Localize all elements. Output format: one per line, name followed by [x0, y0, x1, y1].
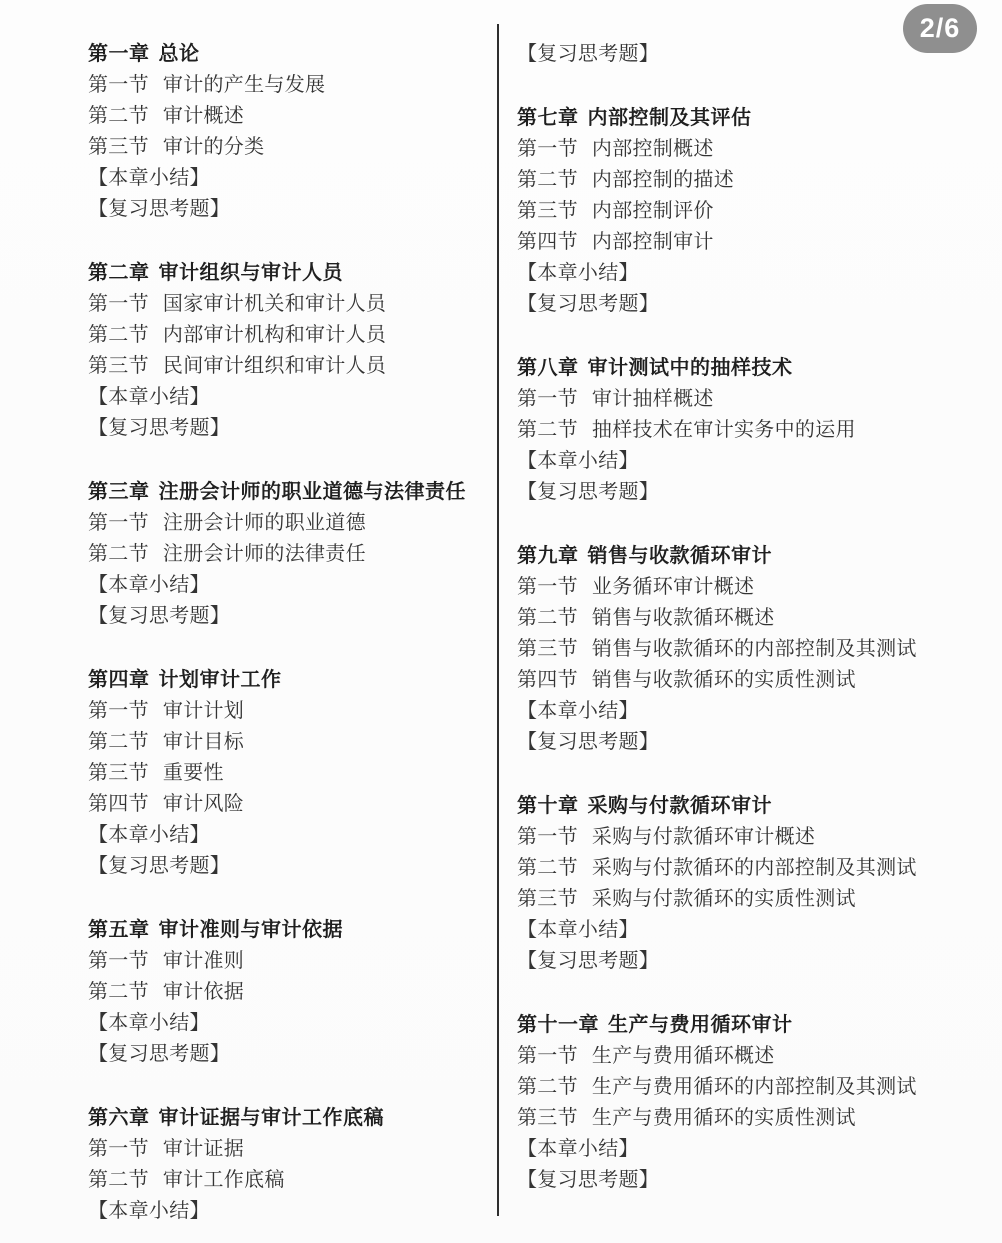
chapter-name: 采购与付款循环审计 [588, 789, 773, 818]
chapter-heading: 第七章 内部控制及其评估 [517, 100, 995, 131]
note-line: 【本章小结】 [517, 693, 995, 724]
chapter-name: 注册会计师的职业道德与法律责任 [159, 475, 467, 504]
section-label: 第四节 [517, 225, 578, 254]
chapter-heading: 第十章 采购与付款循环审计 [517, 788, 995, 819]
note-line: 【本章小结】 [88, 379, 490, 410]
chapter-name: 计划审计工作 [159, 663, 282, 692]
section-row: 第三节 采购与付款循环的实质性测试 [517, 881, 995, 912]
section-label: 第二节 [88, 537, 149, 566]
chapter-heading: 第六章 审计证据与审计工作底稿 [88, 1100, 490, 1131]
column-divider [497, 24, 499, 1216]
chapter-heading: 第八章 审计测试中的抽样技术 [517, 350, 995, 381]
section-label: 第三节 [517, 194, 578, 223]
section-row: 第一节 生产与费用循环概述 [517, 1038, 995, 1069]
note-line: 【复习思考题】 [517, 724, 995, 755]
chapter-number: 第五章 [88, 913, 150, 942]
section-row: 第一节 审计计划 [88, 693, 490, 724]
section-title: 采购与付款循环的实质性测试 [592, 882, 856, 911]
section-title: 内部控制的描述 [592, 163, 734, 192]
left-column: 第一章 总论 第一节 审计的产生与发展 第二节 审计概述 第三节 审计的分类 【… [88, 36, 490, 1224]
note-line: 【复习思考题】 [88, 191, 490, 222]
section-row: 第二节 注册会计师的法律责任 [88, 536, 490, 567]
section-title: 审计抽样概述 [592, 382, 714, 411]
section-title: 审计证据 [163, 1132, 244, 1161]
chapter-number: 第七章 [517, 101, 579, 130]
chapter-heading: 第五章 审计准则与审计依据 [88, 912, 490, 943]
section-label: 第四节 [88, 787, 149, 816]
section-label: 第二节 [517, 601, 578, 630]
section-title: 注册会计师的法律责任 [163, 537, 366, 566]
section-row: 第二节 审计目标 [88, 724, 490, 755]
note-line: 【本章小结】 [88, 1005, 490, 1036]
chapter-11: 第十一章 生产与费用循环审计 第一节 生产与费用循环概述 第二节 生产与费用循环… [517, 1007, 995, 1193]
section-title: 内部审计机构和审计人员 [163, 318, 386, 347]
section-label: 第二节 [88, 318, 149, 347]
note-line: 【本章小结】 [88, 1193, 490, 1224]
section-row: 第二节 生产与费用循环的内部控制及其测试 [517, 1069, 995, 1100]
section-row: 第一节 审计抽样概述 [517, 381, 995, 412]
section-row: 第四节 审计风险 [88, 786, 490, 817]
note-line: 【复习思考题】 [517, 286, 995, 317]
section-label: 第二节 [517, 851, 578, 880]
section-title: 审计风险 [163, 787, 244, 816]
chapter-number: 第四章 [88, 663, 150, 692]
section-label: 第一节 [517, 132, 578, 161]
chapter-name: 审计证据与审计工作底稿 [159, 1101, 385, 1130]
chapter-heading: 第四章 计划审计工作 [88, 662, 490, 693]
section-title: 审计概述 [163, 99, 244, 128]
section-label: 第一节 [88, 287, 149, 316]
chapter-number: 第十章 [517, 789, 579, 818]
section-label: 第二节 [517, 413, 578, 442]
section-label: 第三节 [88, 130, 149, 159]
section-title: 审计目标 [163, 725, 244, 754]
chapter-5: 第五章 审计准则与审计依据 第一节 审计准则 第二节 审计依据 【本章小结】 【… [88, 912, 490, 1067]
section-title: 采购与付款循环的内部控制及其测试 [592, 851, 917, 880]
note-line: 【复习思考题】 [517, 474, 995, 505]
section-title: 审计的产生与发展 [163, 68, 325, 97]
section-row: 第二节 审计依据 [88, 974, 490, 1005]
chapter-number: 第八章 [517, 351, 579, 380]
section-title: 生产与费用循环的内部控制及其测试 [592, 1070, 917, 1099]
section-label: 第二节 [88, 99, 149, 128]
chapter-number: 第九章 [517, 539, 579, 568]
section-title: 抽样技术在审计实务中的运用 [592, 413, 856, 442]
section-row: 第三节 审计的分类 [88, 129, 490, 160]
chapter-heading: 第九章 销售与收款循环审计 [517, 538, 995, 569]
section-row: 第二节 内部控制的描述 [517, 162, 995, 193]
section-title: 销售与收款循环概述 [592, 601, 775, 630]
section-label: 第一节 [88, 506, 149, 535]
chapter-number: 第三章 [88, 475, 150, 504]
section-label: 第三节 [517, 632, 578, 661]
chapter-1: 第一章 总论 第一节 审计的产生与发展 第二节 审计概述 第三节 审计的分类 【… [88, 36, 490, 222]
section-title: 审计准则 [163, 944, 244, 973]
section-title: 国家审计机关和审计人员 [163, 287, 386, 316]
chapter-name: 内部控制及其评估 [588, 101, 752, 130]
section-row: 第四节 内部控制审计 [517, 224, 995, 255]
section-row: 第三节 销售与收款循环的内部控制及其测试 [517, 631, 995, 662]
chapter-name: 生产与费用循环审计 [608, 1008, 793, 1037]
section-label: 第三节 [88, 349, 149, 378]
section-title: 内部控制评价 [592, 194, 714, 223]
section-label: 第二节 [517, 163, 578, 192]
chapter-8: 第八章 审计测试中的抽样技术 第一节 审计抽样概述 第二节 抽样技术在审计实务中… [517, 350, 995, 505]
chapter-number: 第一章 [88, 37, 150, 66]
section-label: 第一节 [517, 570, 578, 599]
chapter-2: 第二章 审计组织与审计人员 第一节 国家审计机关和审计人员 第二节 内部审计机构… [88, 255, 490, 441]
section-title: 注册会计师的职业道德 [163, 506, 366, 535]
section-label: 第一节 [88, 694, 149, 723]
section-row: 第二节 审计工作底稿 [88, 1162, 490, 1193]
chapter-name: 审计测试中的抽样技术 [588, 351, 793, 380]
section-label: 第一节 [517, 382, 578, 411]
section-label: 第一节 [88, 1132, 149, 1161]
section-title: 重要性 [163, 756, 224, 785]
section-title: 业务循环审计概述 [592, 570, 754, 599]
toc-page: 2/6 第一章 总论 第一节 审计的产生与发展 第二节 审计概述 第三节 审计的… [0, 0, 1002, 1243]
chapter-10: 第十章 采购与付款循环审计 第一节 采购与付款循环审计概述 第二节 采购与付款循… [517, 788, 995, 974]
chapter-number: 第十一章 [517, 1008, 599, 1037]
chapter-name: 审计组织与审计人员 [159, 256, 344, 285]
note-line: 【本章小结】 [517, 255, 995, 286]
right-column: 【复习思考题】 第七章 内部控制及其评估 第一节 内部控制概述 第二节 内部控制… [517, 36, 995, 1193]
section-label: 第二节 [88, 975, 149, 1004]
section-label: 第二节 [517, 1070, 578, 1099]
section-row: 第二节 采购与付款循环的内部控制及其测试 [517, 850, 995, 881]
chapter-name: 总论 [159, 37, 200, 66]
section-row: 第一节 审计的产生与发展 [88, 67, 490, 98]
note-line: 【本章小结】 [517, 912, 995, 943]
section-title: 内部控制概述 [592, 132, 714, 161]
section-row: 第三节 内部控制评价 [517, 193, 995, 224]
note-line: 【复习思考题】 [88, 598, 490, 629]
section-row: 第一节 采购与付款循环审计概述 [517, 819, 995, 850]
note-line: 【本章小结】 [88, 567, 490, 598]
chapter-4: 第四章 计划审计工作 第一节 审计计划 第二节 审计目标 第三节 重要性 第四节… [88, 662, 490, 879]
section-label: 第一节 [88, 944, 149, 973]
chapter-9: 第九章 销售与收款循环审计 第一节 业务循环审计概述 第二节 销售与收款循环概述… [517, 538, 995, 755]
section-row: 第一节 内部控制概述 [517, 131, 995, 162]
section-row: 第一节 审计证据 [88, 1131, 490, 1162]
chapter-number: 第六章 [88, 1101, 150, 1130]
note-line: 【复习思考题】 [88, 848, 490, 879]
section-row: 第三节 重要性 [88, 755, 490, 786]
note-line: 【复习思考题】 [88, 410, 490, 441]
chapter-heading: 第一章 总论 [88, 36, 490, 67]
chapter-7: 第七章 内部控制及其评估 第一节 内部控制概述 第二节 内部控制的描述 第三节 … [517, 100, 995, 317]
chapter-number: 第二章 [88, 256, 150, 285]
note-line-continued: 【复习思考题】 [517, 36, 995, 67]
section-label: 第一节 [517, 820, 578, 849]
note-line: 【本章小结】 [88, 160, 490, 191]
section-title: 生产与费用循环的实质性测试 [592, 1101, 856, 1130]
note-line: 【本章小结】 [517, 1131, 995, 1162]
section-row: 第二节 销售与收款循环概述 [517, 600, 995, 631]
chapter-3: 第三章 注册会计师的职业道德与法律责任 第一节 注册会计师的职业道德 第二节 注… [88, 474, 490, 629]
section-row: 第三节 民间审计组织和审计人员 [88, 348, 490, 379]
chapter-6: 第六章 审计证据与审计工作底稿 第一节 审计证据 第二节 审计工作底稿 【本章小… [88, 1100, 490, 1224]
section-label: 第三节 [517, 1101, 578, 1130]
section-title: 审计计划 [163, 694, 244, 723]
section-title: 销售与收款循环的内部控制及其测试 [592, 632, 917, 661]
section-label: 第三节 [517, 882, 578, 911]
section-label: 第四节 [517, 663, 578, 692]
section-row: 第一节 注册会计师的职业道德 [88, 505, 490, 536]
section-title: 审计工作底稿 [163, 1163, 285, 1192]
note-line: 【本章小结】 [517, 443, 995, 474]
chapter-heading: 第二章 审计组织与审计人员 [88, 255, 490, 286]
section-row: 第一节 国家审计机关和审计人员 [88, 286, 490, 317]
section-row: 第一节 审计准则 [88, 943, 490, 974]
section-label: 第二节 [88, 725, 149, 754]
chapter-name: 审计准则与审计依据 [159, 913, 344, 942]
chapter-heading: 第三章 注册会计师的职业道德与法律责任 [88, 474, 490, 505]
section-row: 第三节 生产与费用循环的实质性测试 [517, 1100, 995, 1131]
section-title: 生产与费用循环概述 [592, 1039, 775, 1068]
note-line: 【复习思考题】 [517, 1162, 995, 1193]
section-row: 第二节 内部审计机构和审计人员 [88, 317, 490, 348]
section-label: 第一节 [517, 1039, 578, 1068]
section-title: 审计的分类 [163, 130, 265, 159]
section-row: 第一节 业务循环审计概述 [517, 569, 995, 600]
section-title: 销售与收款循环的实质性测试 [592, 663, 856, 692]
note-line: 【复习思考题】 [88, 1036, 490, 1067]
section-title: 采购与付款循环审计概述 [592, 820, 815, 849]
section-title: 民间审计组织和审计人员 [163, 349, 386, 378]
section-title: 审计依据 [163, 975, 244, 1004]
section-row: 第二节 抽样技术在审计实务中的运用 [517, 412, 995, 443]
note-line: 【复习思考题】 [517, 943, 995, 974]
section-title: 内部控制审计 [592, 225, 714, 254]
section-row: 第二节 审计概述 [88, 98, 490, 129]
section-row: 第四节 销售与收款循环的实质性测试 [517, 662, 995, 693]
section-label: 第三节 [88, 756, 149, 785]
chapter-name: 销售与收款循环审计 [588, 539, 773, 568]
chapter-heading: 第十一章 生产与费用循环审计 [517, 1007, 995, 1038]
section-label: 第二节 [88, 1163, 149, 1192]
section-label: 第一节 [88, 68, 149, 97]
note-line: 【本章小结】 [88, 817, 490, 848]
